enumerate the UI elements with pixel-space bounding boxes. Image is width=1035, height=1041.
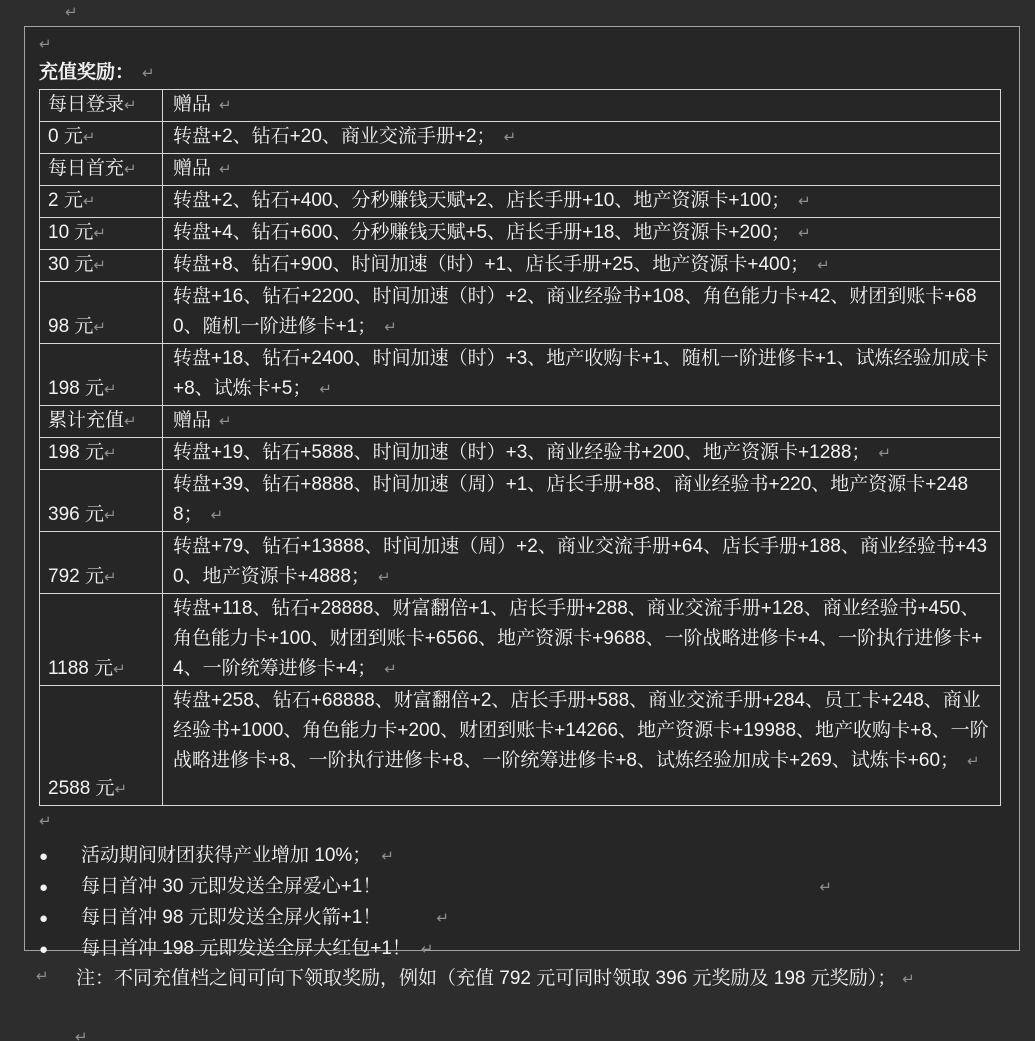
tier-label: 198 元 xyxy=(48,442,104,463)
tier-label: 每日首充 xyxy=(48,158,124,179)
list-item-text: 每日首冲 30 元即发送全屏爱心+1！ xyxy=(81,876,381,897)
reward-text: 赠品 xyxy=(173,158,211,179)
cell-end-mark: ↵ xyxy=(967,753,980,770)
tier-cell: 每日首充↵ xyxy=(40,154,163,186)
tier-cell: 2 元↵ xyxy=(40,186,163,218)
tier-label: 198 元 xyxy=(48,378,104,399)
tier-cell: 198 元↵ xyxy=(40,344,163,406)
paragraph-mark: ↵ xyxy=(902,971,915,988)
page-title-text: 充值奖励： xyxy=(39,62,134,83)
cell-end-mark: ↵ xyxy=(83,129,96,146)
bullet-icon: ● xyxy=(39,935,81,965)
cell-end-mark: ↵ xyxy=(93,257,106,274)
list-item-text: 每日首冲 198 元即发送全屏大红包+1！ xyxy=(81,938,411,959)
tier-cell: 累计充值↵ xyxy=(40,406,163,438)
table-row: 2 元↵ 转盘+2、钻石+400、分秒赚钱天赋+2、店长手册+10、地产资源卡+… xyxy=(40,186,1001,218)
paragraph-mark: ↵ xyxy=(39,36,52,53)
table-row: 198 元↵ 转盘+19、钻石+5888、时间加速（时）+3、商业经验书+200… xyxy=(40,438,1001,470)
list-item: ●每日首冲 98 元即发送全屏火箭+1！↵ xyxy=(39,903,1005,934)
tier-label: 396 元 xyxy=(48,504,104,525)
bullet-icon: ● xyxy=(39,842,81,872)
tier-label: 累计充值 xyxy=(48,410,124,431)
cell-end-mark: ↵ xyxy=(124,97,137,114)
cell-end-mark: ↵ xyxy=(104,381,117,398)
paragraph-mark: ↵ xyxy=(39,813,52,830)
cell-end-mark: ↵ xyxy=(124,413,137,430)
tier-label: 792 元 xyxy=(48,566,104,587)
cell-end-mark: ↵ xyxy=(798,193,811,210)
tier-label: 2588 元 xyxy=(48,778,115,799)
reward-text: 转盘+2、钻石+20、商业交流手册+2； xyxy=(173,126,496,147)
reward-text: 转盘+8、钻石+900、时间加速（时）+1、店长手册+25、地产资源卡+400； xyxy=(173,254,809,275)
reward-text: 转盘+79、钻石+13888、时间加速（周）+2、商业交流手册+64、店长手册+… xyxy=(173,536,987,587)
bullet-icon: ● xyxy=(39,904,81,934)
paragraph-mark: ↵ xyxy=(381,848,394,865)
cell-end-mark: ↵ xyxy=(817,257,830,274)
table-row: 累计充值↵ 赠品↵ xyxy=(40,406,1001,438)
tier-cell: 792 元↵ xyxy=(40,532,163,594)
reward-text: 转盘+19、钻石+5888、时间加速（时）+3、商业经验书+200、地产资源卡+… xyxy=(173,442,870,463)
footnote-text: 注：不同充值档之间可向下领取奖励，例如（充值 792 元可同时领取 396 元奖… xyxy=(76,968,896,989)
paragraph-mark: ↵ xyxy=(65,3,78,21)
table-row: 1188 元↵ 转盘+118、钻石+28888、财富翻倍+1、店长手册+288、… xyxy=(40,594,1001,686)
paragraph-mark: ↵ xyxy=(421,941,434,958)
footnote: 注：不同充值档之间可向下领取奖励，例如（充值 792 元可同时领取 396 元奖… xyxy=(66,964,974,995)
table-row: 792 元↵ 转盘+79、钻石+13888、时间加速（周）+2、商业交流手册+6… xyxy=(40,532,1001,594)
cell-end-mark: ↵ xyxy=(219,97,232,114)
reward-text: 转盘+16、钻石+2200、时间加速（时）+2、商业经验书+108、角色能力卡+… xyxy=(173,286,977,337)
reward-cell: 转盘+16、钻石+2200、时间加速（时）+2、商业经验书+108、角色能力卡+… xyxy=(163,282,1001,344)
table-row: 396 元↵ 转盘+39、钻石+8888、时间加速（周）+1、店长手册+88、商… xyxy=(40,470,1001,532)
tier-cell: 396 元↵ xyxy=(40,470,163,532)
cell-end-mark: ↵ xyxy=(504,129,517,146)
reward-cell: 赠品↵ xyxy=(163,90,1001,122)
list-item: ●每日首冲 30 元即发送全屏爱心+1！↵ xyxy=(39,872,1005,903)
paragraph-mark: ↵ xyxy=(142,65,155,82)
cell-end-mark: ↵ xyxy=(798,225,811,242)
reward-cell: 转盘+4、钻石+600、分秒赚钱天赋+5、店长手册+18、地产资源卡+200；↵ xyxy=(163,218,1001,250)
cell-end-mark: ↵ xyxy=(113,661,126,678)
reward-text: 转盘+118、钻石+28888、财富翻倍+1、店长手册+288、商业交流手册+1… xyxy=(173,598,982,679)
page-title: 充值奖励：↵ xyxy=(39,57,1005,89)
cell-end-mark: ↵ xyxy=(104,445,117,462)
list-item: ●每日首冲 198 元即发送全屏大红包+1！↵ xyxy=(39,934,1005,965)
reward-text: 转盘+4、钻石+600、分秒赚钱天赋+5、店长手册+18、地产资源卡+200； xyxy=(173,222,790,243)
tier-label: 每日登录 xyxy=(48,94,124,115)
cell-end-mark: ↵ xyxy=(219,161,232,178)
reward-cell: 转盘+258、钻石+68888、财富翻倍+2、店长手册+588、商业交流手册+2… xyxy=(163,686,1001,806)
table-row: 30 元↵ 转盘+8、钻石+900、时间加速（时）+1、店长手册+25、地产资源… xyxy=(40,250,1001,282)
reward-cell: 赠品↵ xyxy=(163,154,1001,186)
reward-cell: 赠品↵ xyxy=(163,406,1001,438)
reward-text: 赠品 xyxy=(173,94,211,115)
paragraph-mark: ↵ xyxy=(436,910,449,927)
bullet-list: ●活动期间财团获得产业增加 10%；↵ ●每日首冲 30 元即发送全屏爱心+1！… xyxy=(39,841,1005,965)
reward-text: 转盘+2、钻石+400、分秒赚钱天赋+2、店长手册+10、地产资源卡+100； xyxy=(173,190,790,211)
cell-end-mark: ↵ xyxy=(93,225,106,242)
cell-end-mark: ↵ xyxy=(115,781,128,798)
paragraph-mark: ↵ xyxy=(36,968,49,985)
cell-end-mark: ↵ xyxy=(384,319,397,336)
tier-label: 1188 元 xyxy=(48,658,113,679)
tier-cell: 1188 元↵ xyxy=(40,594,163,686)
table-row: 每日首充↵ 赠品↵ xyxy=(40,154,1001,186)
cell-end-mark: ↵ xyxy=(104,569,117,586)
tier-label: 98 元 xyxy=(48,316,93,337)
cell-end-mark: ↵ xyxy=(124,161,137,178)
tier-cell: 10 元↵ xyxy=(40,218,163,250)
empty-paragraph: ↵ xyxy=(39,32,1005,57)
reward-cell: 转盘+8、钻石+900、时间加速（时）+1、店长手册+25、地产资源卡+400；… xyxy=(163,250,1001,282)
cell-end-mark: ↵ xyxy=(83,193,96,210)
tier-label: 30 元 xyxy=(48,254,93,275)
tier-cell: 30 元↵ xyxy=(40,250,163,282)
reward-cell: 转盘+2、钻石+20、商业交流手册+2；↵ xyxy=(163,122,1001,154)
paragraph-mark: ↵ xyxy=(75,1028,88,1041)
reward-text: 转盘+18、钻石+2400、时间加速（时）+3、地产收购卡+1、随机一阶进修卡+… xyxy=(173,348,989,399)
list-item-text: 活动期间财团获得产业增加 10%； xyxy=(81,845,371,866)
reward-cell: 转盘+18、钻石+2400、时间加速（时）+3、地产收购卡+1、随机一阶进修卡+… xyxy=(163,344,1001,406)
cell-end-mark: ↵ xyxy=(93,319,106,336)
table-row: 198 元↵ 转盘+18、钻石+2400、时间加速（时）+3、地产收购卡+1、随… xyxy=(40,344,1001,406)
tier-label: 2 元 xyxy=(48,190,83,211)
table-row: 0 元↵ 转盘+2、钻石+20、商业交流手册+2；↵ xyxy=(40,122,1001,154)
cell-end-mark: ↵ xyxy=(104,507,117,524)
tier-cell: 198 元↵ xyxy=(40,438,163,470)
table-row: 98 元↵ 转盘+16、钻石+2200、时间加速（时）+2、商业经验书+108、… xyxy=(40,282,1001,344)
tier-cell: 0 元↵ xyxy=(40,122,163,154)
reward-cell: 转盘+19、钻石+5888、时间加速（时）+3、商业经验书+200、地产资源卡+… xyxy=(163,438,1001,470)
paragraph-mark: ↵ xyxy=(819,879,832,896)
cell-end-mark: ↵ xyxy=(378,569,391,586)
tier-cell: 98 元↵ xyxy=(40,282,163,344)
cell-end-mark: ↵ xyxy=(384,661,397,678)
reward-cell: 转盘+2、钻石+400、分秒赚钱天赋+2、店长手册+10、地产资源卡+100；↵ xyxy=(163,186,1001,218)
table-row: 10 元↵ 转盘+4、钻石+600、分秒赚钱天赋+5、店长手册+18、地产资源卡… xyxy=(40,218,1001,250)
document-frame[interactable]: ↵ 充值奖励：↵ 每日登录↵ 赠品↵ 0 元↵ 转盘+2、钻石+20、商业交流手… xyxy=(24,26,1020,951)
reward-cell: 转盘+39、钻石+8888、时间加速（周）+1、店长手册+88、商业经验书+22… xyxy=(163,470,1001,532)
list-item-text: 每日首冲 98 元即发送全屏火箭+1！ xyxy=(81,907,381,928)
reward-text: 赠品 xyxy=(173,410,211,431)
table-row: 每日登录↵ 赠品↵ xyxy=(40,90,1001,122)
tier-label: 10 元 xyxy=(48,222,93,243)
tier-label: 0 元 xyxy=(48,126,83,147)
cell-end-mark: ↵ xyxy=(878,445,891,462)
table-row: 2588 元↵ 转盘+258、钻石+68888、财富翻倍+2、店长手册+588、… xyxy=(40,686,1001,806)
cell-end-mark: ↵ xyxy=(319,381,332,398)
reward-cell: 转盘+79、钻石+13888、时间加速（周）+2、商业交流手册+64、店长手册+… xyxy=(163,532,1001,594)
list-item: ●活动期间财团获得产业增加 10%；↵ xyxy=(39,841,1005,872)
recharge-rewards-table: 每日登录↵ 赠品↵ 0 元↵ 转盘+2、钻石+20、商业交流手册+2；↵ 每日首… xyxy=(39,89,1001,806)
reward-text: 转盘+39、钻石+8888、时间加速（周）+1、店长手册+88、商业经验书+22… xyxy=(173,474,968,525)
cell-end-mark: ↵ xyxy=(219,413,232,430)
reward-cell: 转盘+118、钻石+28888、财富翻倍+1、店长手册+288、商业交流手册+1… xyxy=(163,594,1001,686)
tier-cell: 每日登录↵ xyxy=(40,90,163,122)
reward-text: 转盘+258、钻石+68888、财富翻倍+2、店长手册+588、商业交流手册+2… xyxy=(173,690,989,771)
empty-paragraph: ↵ xyxy=(39,806,1005,837)
bullet-icon: ● xyxy=(39,873,81,903)
cell-end-mark: ↵ xyxy=(211,507,224,524)
tier-cell: 2588 元↵ xyxy=(40,686,163,806)
